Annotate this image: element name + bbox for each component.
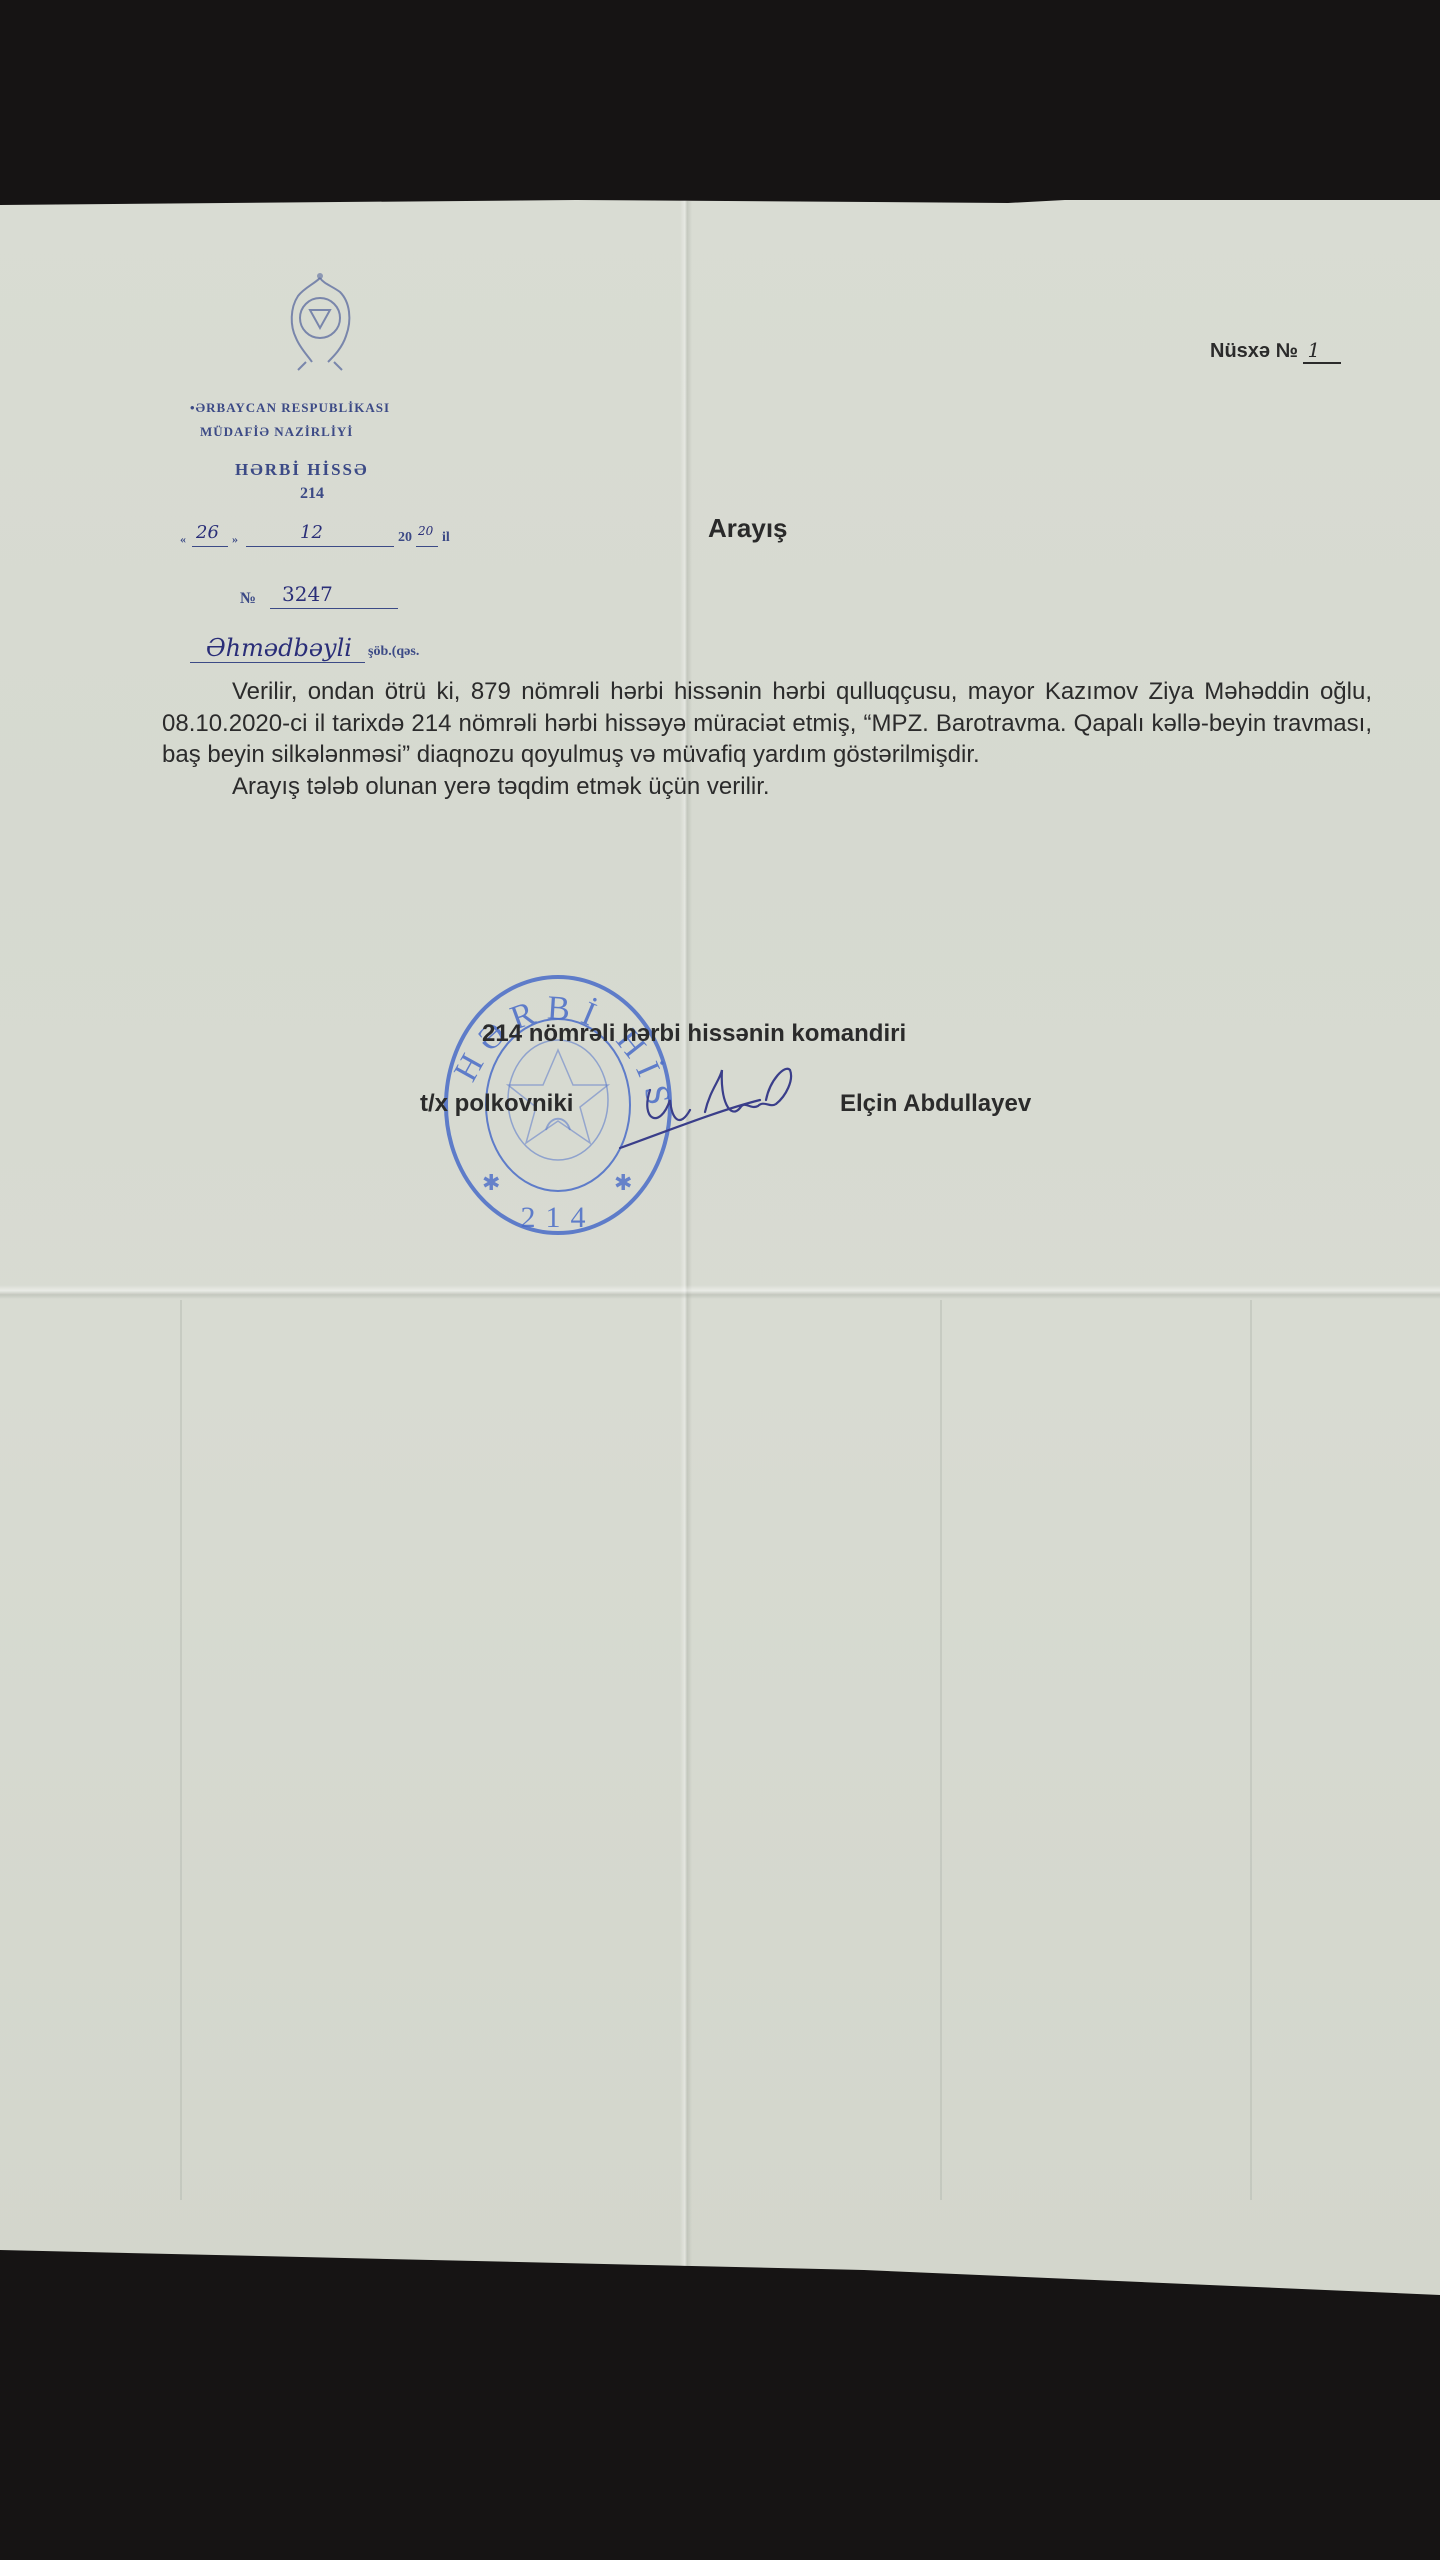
clerk-handwritten-name: Əhmədbəyli — [206, 634, 352, 662]
handwritten-signature-icon — [610, 1060, 850, 1150]
copy-number-value: 1 — [1303, 338, 1341, 364]
date-month: 12 — [300, 522, 323, 543]
ministry-name: MÜDAFİƏ NAZİRLİYİ — [200, 424, 353, 440]
republic-name: •ƏRBAYCAN RESPUBLİKASI — [190, 400, 390, 416]
paper-crease — [180, 1300, 182, 2200]
military-unit-label: HƏRBİ HİSSƏ — [235, 460, 369, 480]
reg-number-value: 3247 — [282, 582, 333, 606]
paper-crease — [940, 1300, 942, 2200]
horizontal-fold-line — [0, 1285, 1440, 1299]
document-title: Arayış — [708, 513, 788, 544]
paper-crease — [1250, 1300, 1252, 2200]
state-emblem-icon — [280, 270, 360, 380]
svg-text:✱: ✱ — [614, 1170, 632, 1195]
body-paragraph: Arayış tələb olunan yerə təqdim etmək üç… — [162, 771, 1372, 803]
date-year-suffix: 20 — [418, 524, 433, 538]
svg-text:✱: ✱ — [482, 1170, 500, 1195]
svg-text:214: 214 — [521, 1201, 596, 1234]
date-day: 26 — [196, 522, 219, 543]
signatory-position: 214 nömrəli hərbi hissənin komandiri — [482, 1020, 906, 1048]
vertical-fold-line — [680, 200, 692, 2300]
registration-number: № 3247 — [240, 580, 440, 610]
clerk-role: şöb.(qəs. — [368, 644, 419, 660]
signature-block: 214 nömrəli hərbi hissənin komandiri t/x… — [420, 1020, 1120, 1140]
copy-number: Nüsxə № 1 — [1210, 338, 1341, 364]
copy-label: Nüsxə № — [1210, 340, 1298, 362]
signatory-name: Elçin Abdullayev — [840, 1090, 1031, 1118]
issue-date: « 26 » 12 20 20 il — [180, 522, 500, 552]
military-unit-number: 214 — [300, 485, 324, 503]
date-year-prefix: 20 — [398, 530, 412, 546]
signatory-rank: t/x polkovniki — [420, 1090, 573, 1118]
body-paragraph: Verilir, ondan ötrü ki, 879 nömrəli hərb… — [162, 676, 1372, 771]
clerk-signature: Əhmədbəyli şöb.(qəs. — [190, 632, 510, 672]
reg-prefix: № — [240, 590, 256, 608]
document-body: Verilir, ondan ötrü ki, 879 nömrəli hərb… — [162, 676, 1372, 802]
date-suffix: il — [442, 530, 450, 546]
